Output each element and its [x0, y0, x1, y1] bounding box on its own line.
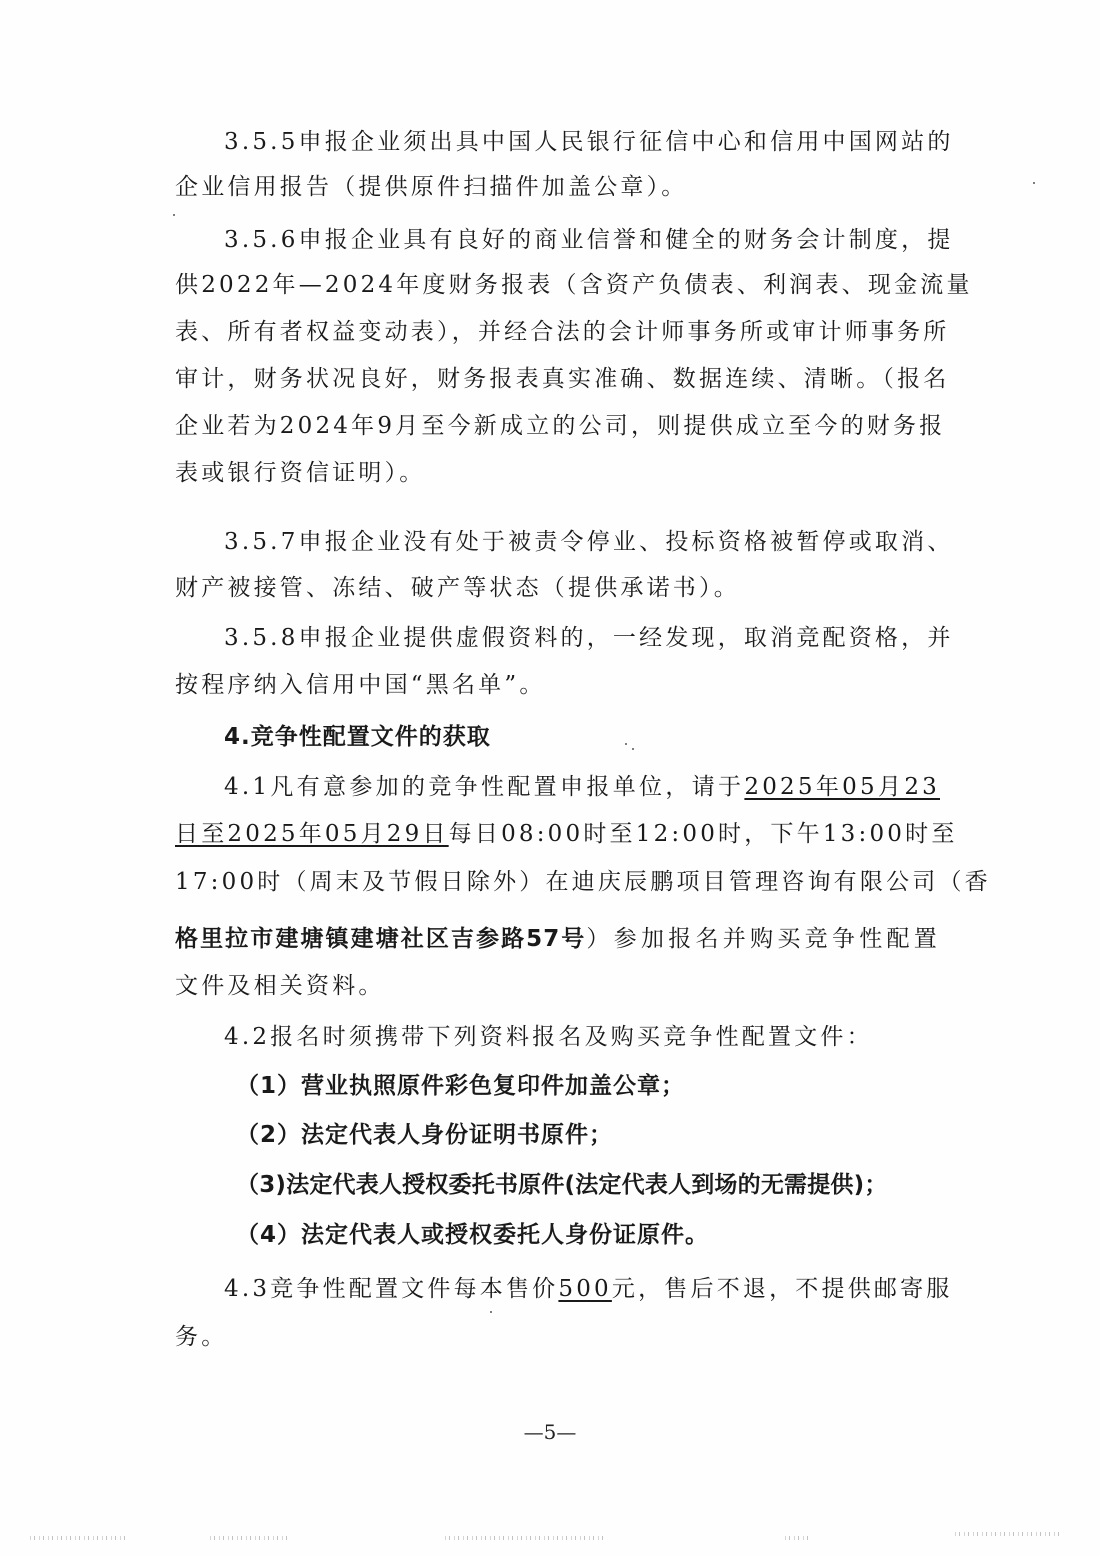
scan-speck: [625, 743, 627, 745]
para-3-5-6-line-5: 企业若为2024年9月至今新成立的公司，则提供成立至今的财务报: [175, 404, 940, 449]
scan-speck: [173, 214, 175, 216]
scan-noise: [955, 1532, 1060, 1536]
para-3-5-6-line-2: 供2022年—2024年度财务报表（含资产负债表、利润表、现金流量: [175, 263, 940, 308]
scan-speck: [1033, 182, 1035, 184]
date-range-start: 2025年05月23: [744, 774, 940, 800]
para-4-3-line-2: 务。: [175, 1315, 940, 1360]
scan-noise: [30, 1536, 125, 1540]
para-4-1-prefix: 4.1凡有意参加的竞争性配置申报单位，请于: [224, 774, 744, 800]
required-document-item-3: （3)法定代表人授权委托书原件(法定代表人到场的无需提供)；: [236, 1163, 941, 1208]
required-document-item-4: （4）法定代表人或授权委托人身份证原件。: [236, 1213, 709, 1258]
page-number: —5—: [0, 1418, 1100, 1446]
address: 格里拉市建塘镇建塘社区吉参路57号: [175, 926, 586, 952]
para-4-2-intro: 4.2报名时须携带下列资料报名及购买竞争性配置文件：: [224, 1015, 940, 1060]
para-4-1-line-3: 17:00时（周末及节假日除外）在迪庆辰鹏项目管理咨询有限公司（香: [175, 860, 940, 905]
para-4-1-line-4: 格里拉市建塘镇建塘社区吉参路57号）参加报名并购买竞争性配置: [175, 917, 940, 962]
scan-speck: [632, 748, 634, 750]
para-3-5-8-line-1: 3.5.8申报企业提供虚假资料的，一经发现，取消竞配资格，并: [224, 616, 940, 661]
document-page: 3.5.5申报企业须出具中国人民银行征信中心和信用中国网站的 企业信用报告（提供…: [0, 0, 1100, 1556]
section-4-heading: 4.竞争性配置文件的获取: [224, 715, 940, 760]
para-3-5-7-line-1: 3.5.7申报企业没有处于被责令停业、投标资格被暂停或取消、: [224, 520, 940, 565]
required-document-item-1: （1）营业执照原件彩色复印件加盖公章；: [236, 1064, 685, 1109]
required-document-item-2: （2）法定代表人身份证明书原件；: [236, 1113, 613, 1158]
para-4-1-line-1: 4.1凡有意参加的竞争性配置申报单位，请于2025年05月23: [224, 765, 940, 810]
para-3-5-7-line-2: 财产被接管、冻结、破产等状态（提供承诺书）。: [175, 566, 940, 611]
para-3-5-5-line-1: 3.5.5申报企业须出具中国人民银行征信中心和信用中国网站的: [224, 120, 940, 165]
para-4-3-line-1: 4.3竞争性配置文件每本售价500元，售后不退，不提供邮寄服: [224, 1267, 940, 1312]
date-range-end: 日至2025年05月29日: [175, 821, 449, 847]
para-3-5-6-line-6: 表或银行资信证明）。: [175, 451, 940, 496]
para-4-1-line-2: 日至2025年05月29日每日08:00时至12:00时，下午13:00时至: [175, 812, 940, 857]
scan-speck: [490, 1311, 492, 1313]
price-value: 500: [558, 1276, 612, 1302]
para-3-5-6-line-1: 3.5.6申报企业具有良好的商业信誉和健全的财务会计制度，提: [224, 218, 940, 263]
scan-noise: [785, 1536, 810, 1540]
para-4-3-prefix: 4.3竞争性配置文件每本售价: [224, 1276, 558, 1302]
scan-noise: [210, 1536, 290, 1540]
para-3-5-6-line-3: 表、所有者权益变动表），并经合法的会计师事务所或审计师事务所: [175, 310, 940, 355]
para-3-5-5-line-2: 企业信用报告（提供原件扫描件加盖公章）。: [175, 165, 940, 210]
para-4-1-line-5: 文件及相关资料。: [175, 964, 940, 1009]
para-4-1-line-4-rest: ）参加报名并购买竞争性配置: [586, 926, 940, 952]
business-hours: 每日08:00时至12:00时，下午13:00时至: [449, 821, 958, 847]
scan-noise: [445, 1536, 605, 1540]
para-4-3-rest: 元，售后不退，不提供邮寄服: [612, 1276, 953, 1302]
para-3-5-8-line-2: 按程序纳入信用中国“黑名单”。: [175, 663, 940, 708]
para-3-5-6-line-4: 审计，财务状况良好，财务报表真实准确、数据连续、清晰。（报名: [175, 357, 940, 402]
